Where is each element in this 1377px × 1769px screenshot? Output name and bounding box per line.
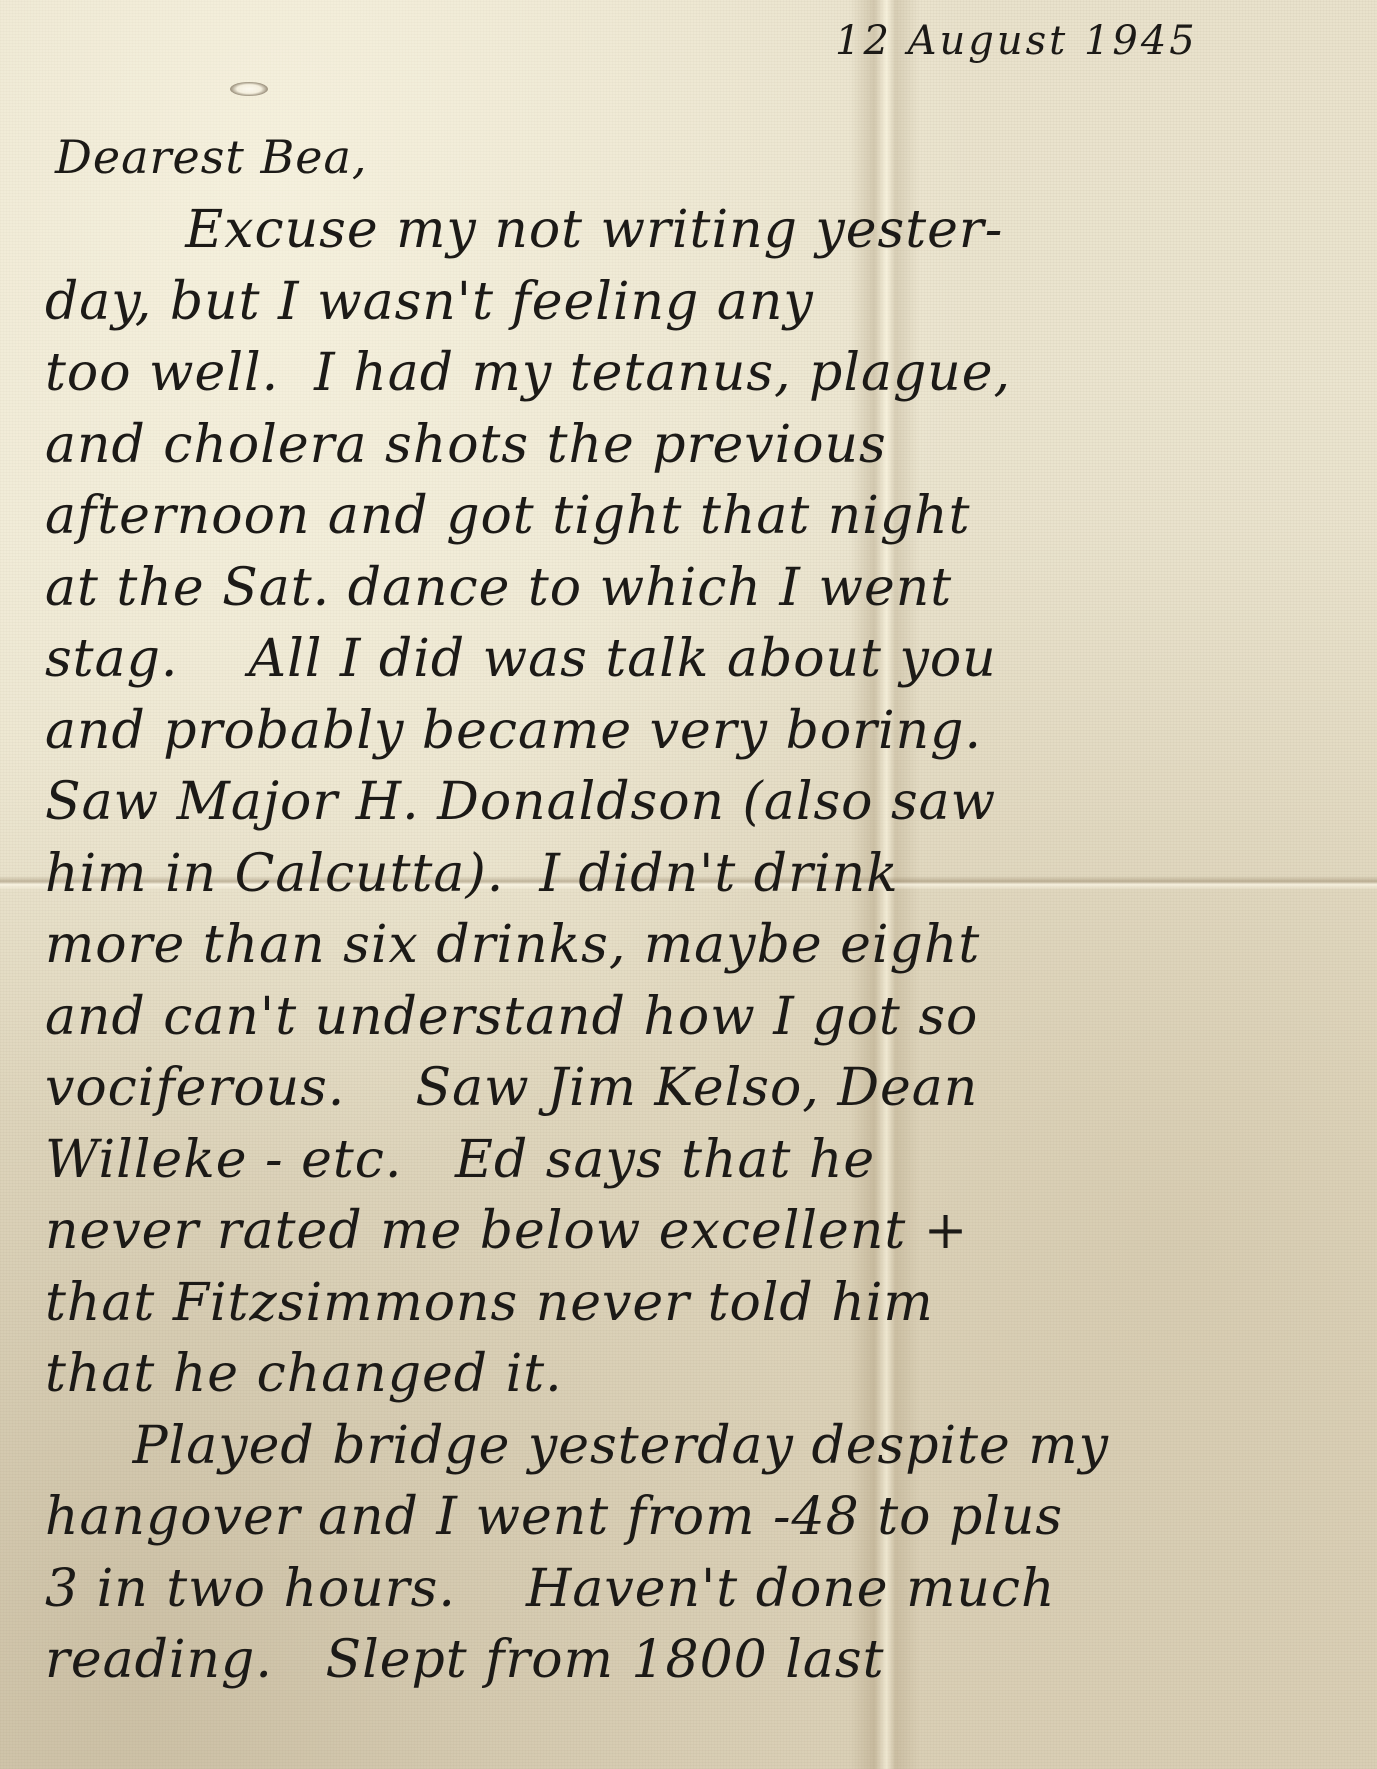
letter-line: vociferous. Saw Jim Kelso, Dean xyxy=(45,1058,978,1118)
letter-line: and probably became very boring. xyxy=(45,701,982,761)
letter-line: reading. Slept from 1800 last xyxy=(45,1630,885,1690)
letter-line: stag. All I did was talk about you xyxy=(45,629,997,689)
letter-line: that he changed it. xyxy=(45,1344,563,1404)
letter-line: and cholera shots the previous xyxy=(45,415,887,475)
letter-line: Willeke - etc. Ed says that he xyxy=(45,1130,875,1190)
letter-line: and can't understand how I got so xyxy=(45,987,978,1047)
letter-date: 12 August 1945 xyxy=(835,18,1198,64)
letter-line: day, but I wasn't feeling any xyxy=(45,272,814,332)
letter-line: him in Calcutta). I didn't drink xyxy=(45,844,899,904)
paper-tear xyxy=(230,82,268,96)
letter-line: at the Sat. dance to which I went xyxy=(45,558,952,618)
letter-line: too well. I had my tetanus, plague, xyxy=(45,343,1011,403)
letter-line: more than six drinks, maybe eight xyxy=(45,915,980,975)
letter-line: hangover and I went from -48 to plus xyxy=(45,1487,1063,1547)
letter-line: Saw Major H. Donaldson (also saw xyxy=(45,772,996,832)
letter-line: never rated me below excellent + xyxy=(45,1201,968,1261)
letter-line: that Fitzsimmons never told him xyxy=(45,1273,934,1333)
letter-line: afternoon and got tight that night xyxy=(45,486,971,546)
letter-line: 3 in two hours. Haven't done much xyxy=(45,1559,1056,1619)
letter-line: Excuse my not writing yester- xyxy=(45,200,1003,260)
letter-page: 12 August 1945 Dearest Bea, Excuse my no… xyxy=(0,0,1377,1769)
letter-salutation: Dearest Bea, xyxy=(55,130,368,184)
letter-line: Played bridge yesterday despite my xyxy=(45,1416,1109,1476)
